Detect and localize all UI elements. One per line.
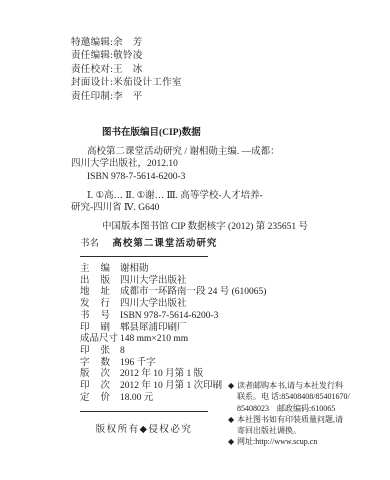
cip-publisher-line: 四川大学出版社，2012.10 bbox=[71, 158, 327, 170]
info-row-printer: 印刷 郫县犀浦印刷厂 bbox=[80, 323, 266, 335]
note-website-url: 网址:http://www.scup.cn bbox=[237, 436, 317, 447]
book-copyright-page: 特邀编辑:余 芳 责任编辑:敬铃凌 责任校对:王 冰 封面设计:米茄设计工作室 … bbox=[0, 0, 390, 480]
cip-header: 图书在版编目(CIP)数据 bbox=[71, 127, 327, 139]
diamond-bullet-icon: ◆ bbox=[228, 414, 237, 437]
book-title-label: 书名 bbox=[80, 238, 110, 251]
credit-line-print-supervisor: 责任印制:李 平 bbox=[71, 91, 182, 104]
info-row-word-count: 字数 196 千字 bbox=[80, 358, 266, 370]
book-title-row: 书名 高校第二课堂活动研究 bbox=[80, 238, 266, 251]
note-mail-order-line-1: 读者邮购本书,请与本社发行科 bbox=[237, 380, 350, 391]
note-website: ◆ 网址:http://www.scup.cn bbox=[228, 436, 380, 447]
note-quality-line-1: 本社图书如有印装质量问题,请 bbox=[237, 414, 343, 425]
credit-line-special-editor: 特邀编辑:余 芳 bbox=[71, 37, 182, 50]
cip-registry-number-line: 中国版本图书馆 CIP 数据核字 (2012) 第 235651 号 bbox=[71, 221, 327, 233]
credit-line-proofreader: 责任校对:王 冰 bbox=[71, 64, 182, 77]
cip-title-line: 高校第二课堂活动研究 / 谢相勋主编. —成都： bbox=[71, 146, 327, 158]
divider-top bbox=[80, 256, 208, 257]
info-row-chief-editor: 主编 谢相勋 bbox=[80, 264, 266, 276]
note-mail-order: ◆ 读者邮购本书,请与本社发行科 联系。电 话:85408408/8540167… bbox=[228, 380, 380, 414]
note-quality-line-2: 寄回出版社调换。 bbox=[237, 425, 343, 436]
info-row-publisher: 出版 四川大学出版社 bbox=[80, 276, 266, 288]
diamond-bullet-icon: ◆ bbox=[228, 380, 237, 414]
editor-credits-block: 特邀编辑:余 芳 责任编辑:敬铃凌 责任校对:王 冰 封面设计:米茄设计工作室 … bbox=[71, 37, 182, 104]
info-row-sheets: 印张 8 bbox=[80, 346, 266, 358]
cip-isbn-line: ISBN 978-7-5614-6200-3 bbox=[71, 171, 327, 183]
cip-classification-line-1: Ⅰ. ①高… Ⅱ. ①谢… Ⅲ. 高等学校-人才培养- bbox=[71, 190, 327, 202]
info-row-distributor: 发行 四川大学出版社 bbox=[80, 299, 266, 311]
note-quality-exchange: ◆ 本社图书如有印装质量问题,请 寄回出版社调换。 bbox=[228, 414, 380, 437]
cip-classification-line-2: 研究-四川省 Ⅳ. G640 bbox=[71, 202, 327, 214]
note-mail-order-line-2: 联系。电 话:85408408/85401670/ bbox=[237, 391, 350, 402]
cip-data-block: 图书在版编目(CIP)数据 高校第二课堂活动研究 / 谢相勋主编. —成都： 四… bbox=[71, 127, 327, 233]
book-title-value: 高校第二课堂活动研究 bbox=[112, 239, 217, 249]
info-row-isbn: 书号 ISBN 978-7-5614-6200-3 bbox=[80, 311, 266, 323]
info-row-address: 地址 成都市一环路南一段 24 号 (610065) bbox=[80, 287, 266, 299]
copyright-notice: 版权所有◆侵权必究 bbox=[80, 421, 208, 435]
diamond-bullet-icon: ◆ bbox=[228, 436, 237, 447]
credit-line-responsible-editor: 责任编辑:敬铃凌 bbox=[71, 50, 182, 63]
note-mail-order-line-3: 85408023 邮政编码:610065 bbox=[237, 403, 350, 414]
info-row-dimensions: 成品尺寸 148 mm×210 mm bbox=[80, 334, 266, 346]
divider-bottom bbox=[80, 411, 208, 412]
credit-line-cover-design: 封面设计:米茄设计工作室 bbox=[71, 77, 182, 90]
publisher-notes-column: ◆ 读者邮购本书,请与本社发行科 联系。电 话:85408408/8540167… bbox=[228, 380, 380, 448]
